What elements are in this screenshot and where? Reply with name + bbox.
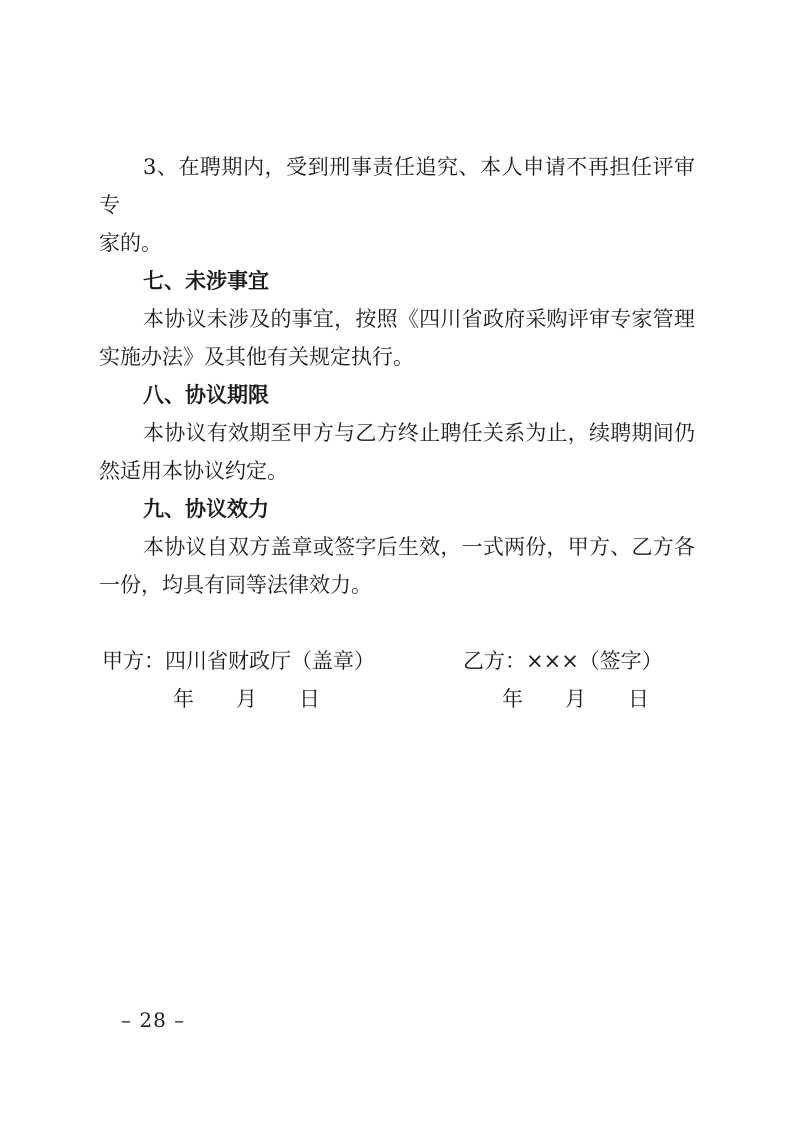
party-a-date-line: 年 月 日 bbox=[173, 680, 320, 718]
paragraph-line: 家的。 bbox=[99, 224, 695, 262]
section-heading-8: 八、协议期限 bbox=[99, 376, 695, 414]
party-a-signature-label: 甲方：四川省财政厅（盖章） bbox=[102, 642, 375, 680]
paragraph-line: 本协议未涉及的事宜，按照《四川省政府采购评审专家管理 bbox=[99, 300, 695, 338]
section-heading-9: 九、协议效力 bbox=[99, 490, 695, 528]
paragraph-line: 本协议有效期至甲方与乙方终止聘任关系为止，续聘期间仍 bbox=[99, 414, 695, 452]
paragraph-line: 实施办法》及其他有关规定执行。 bbox=[99, 338, 695, 376]
document-body: 3、在聘期内，受到刑事责任追究、本人申请不再担任评审专 家的。 七、未涉事宜 本… bbox=[99, 148, 695, 718]
date-row: 年 月 日 年 月 日 bbox=[99, 680, 695, 718]
paragraph-line: 3、在聘期内，受到刑事责任追究、本人申请不再担任评审专 bbox=[99, 148, 695, 224]
party-b-date-line: 年 月 日 bbox=[502, 680, 649, 718]
party-b-signature-label: 乙方：×××（签字） bbox=[463, 642, 663, 680]
page-number: – 28 – bbox=[121, 1001, 185, 1039]
paragraph-line: 一份，均具有同等法律效力。 bbox=[99, 566, 695, 604]
paragraph-line: 本协议自双方盖章或签字后生效，一式两份，甲方、乙方各 bbox=[99, 528, 695, 566]
paragraph-line: 然适用本协议约定。 bbox=[99, 452, 695, 490]
document-page: 3、在聘期内，受到刑事责任追究、本人申请不再担任评审专 家的。 七、未涉事宜 本… bbox=[0, 0, 794, 1123]
signature-row: 甲方：四川省财政厅（盖章） 乙方：×××（签字） bbox=[99, 642, 695, 680]
blank-line bbox=[99, 604, 695, 642]
section-heading-7: 七、未涉事宜 bbox=[99, 262, 695, 300]
